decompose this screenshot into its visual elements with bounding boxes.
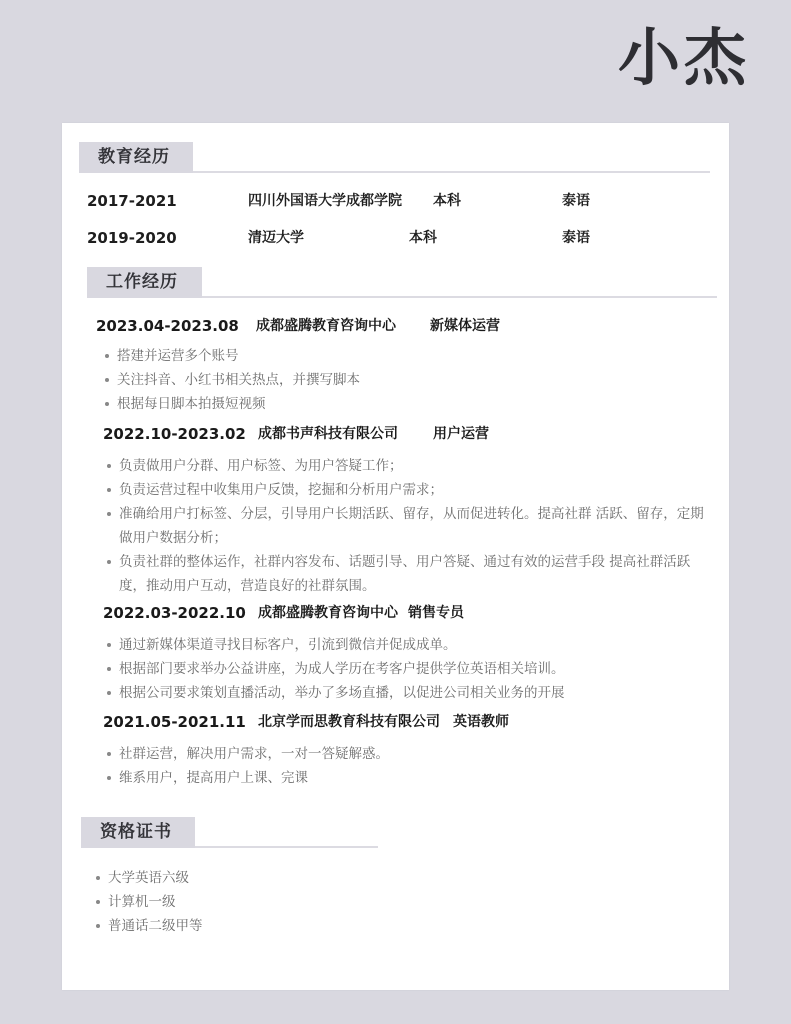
job-header: 2022.10-2023.02 成都书声科技有限公司 用户运营 [103, 425, 703, 443]
job-position: 销售专员 [408, 604, 464, 622]
job-duty-item: 根据每日脚本拍摄短视频 [105, 392, 715, 416]
certificate-item: 计算机一级 [96, 890, 396, 914]
job-header: 2021.05-2021.11 北京学而思教育科技有限公司 英语教师 [103, 713, 703, 731]
certificate-item: 普通话二级甲等 [96, 914, 396, 938]
certificates-section-title: 资格证书 [81, 817, 195, 848]
job-duty-item: 负责社群的整体运作，社群内容发布、话题引导、用户答疑、通过有效的运营手段 提高社… [107, 550, 713, 598]
job-position: 新媒体运营 [430, 317, 500, 335]
job-duty-item: 维系用户，提高用户上课、完课 [107, 766, 713, 790]
certificates-list: 大学英语六级 计算机一级 普通话二级甲等 [96, 866, 396, 938]
education-school: 清迈大学 [248, 229, 304, 247]
job-duties-list: 通过新媒体渠道寻找目标客户，引流到微信并促成成单。 根据部门要求举办公益讲座，为… [107, 633, 713, 705]
job-duty-item: 负责运营过程中收集用户反馈，挖掘和分析用户需求； [107, 478, 713, 502]
job-duty-item: 关注抖音、小红书相关热点，并撰写脚本 [105, 368, 715, 392]
job-duty-item: 搭建并运营多个账号 [105, 344, 715, 368]
education-major: 泰语 [562, 229, 590, 247]
job-company: 成都盛腾教育咨询中心 [256, 317, 396, 335]
education-section-title: 教育经历 [79, 142, 193, 173]
education-row: 2019-2020 清迈大学 本科 泰语 [87, 229, 707, 247]
education-degree: 本科 [409, 229, 437, 247]
work-section-title: 工作经历 [87, 267, 202, 298]
job-header: 2022.03-2022.10 成都盛腾教育咨询中心 销售专员 [103, 604, 703, 622]
job-period: 2023.04-2023.08 [96, 317, 239, 335]
education-years: 2017-2021 [87, 192, 177, 210]
job-period: 2022.03-2022.10 [103, 604, 246, 622]
education-years: 2019-2020 [87, 229, 177, 247]
section-divider [202, 296, 717, 298]
job-position: 英语教师 [453, 713, 509, 731]
job-duty-item: 根据部门要求举办公益讲座，为成人学历在考客户提供学位英语相关培训。 [107, 657, 713, 681]
job-duty-item: 社群运营，解决用户需求，一对一答疑解惑。 [107, 742, 713, 766]
job-duties-list: 社群运营，解决用户需求，一对一答疑解惑。 维系用户，提高用户上课、完课 [107, 742, 713, 790]
job-company: 成都盛腾教育咨询中心 [258, 604, 398, 622]
education-section-header: 教育经历 [79, 142, 710, 173]
work-section-header: 工作经历 [87, 267, 718, 298]
resume-card: 教育经历 2017-2021 四川外国语大学成都学院 本科 泰语 2019-20… [62, 123, 729, 990]
job-header: 2023.04-2023.08 成都盛腾教育咨询中心 新媒体运营 [96, 317, 696, 335]
certificates-section-header: 资格证书 [81, 817, 381, 848]
education-degree: 本科 [433, 192, 461, 210]
section-divider [195, 846, 378, 848]
job-duty-item: 负责做用户分群、用户标签、为用户答疑工作； [107, 454, 713, 478]
job-company: 北京学而思教育科技有限公司 [258, 713, 440, 731]
job-duty-item: 根据公司要求策划直播活动，举办了多场直播，以促进公司相关业务的开展 [107, 681, 713, 705]
job-period: 2022.10-2023.02 [103, 425, 246, 443]
section-divider [193, 171, 710, 173]
education-major: 泰语 [562, 192, 590, 210]
certificate-item: 大学英语六级 [96, 866, 396, 890]
education-school: 四川外国语大学成都学院 [248, 192, 402, 210]
job-company: 成都书声科技有限公司 [258, 425, 398, 443]
education-row: 2017-2021 四川外国语大学成都学院 本科 泰语 [87, 192, 707, 210]
job-position: 用户运营 [433, 425, 489, 443]
job-duty-item: 准确给用户打标签、分层，引导用户长期活跃、留存，从而促进转化。提高社群 活跃、留… [107, 502, 713, 550]
job-duties-list: 搭建并运营多个账号 关注抖音、小红书相关热点，并撰写脚本 根据每日脚本拍摄短视频 [105, 344, 715, 416]
job-duties-list: 负责做用户分群、用户标签、为用户答疑工作； 负责运营过程中收集用户反馈，挖掘和分… [107, 454, 713, 598]
job-duty-item: 通过新媒体渠道寻找目标客户，引流到微信并促成成单。 [107, 633, 713, 657]
resume-name: 小杰 [618, 20, 750, 96]
job-period: 2021.05-2021.11 [103, 713, 246, 731]
